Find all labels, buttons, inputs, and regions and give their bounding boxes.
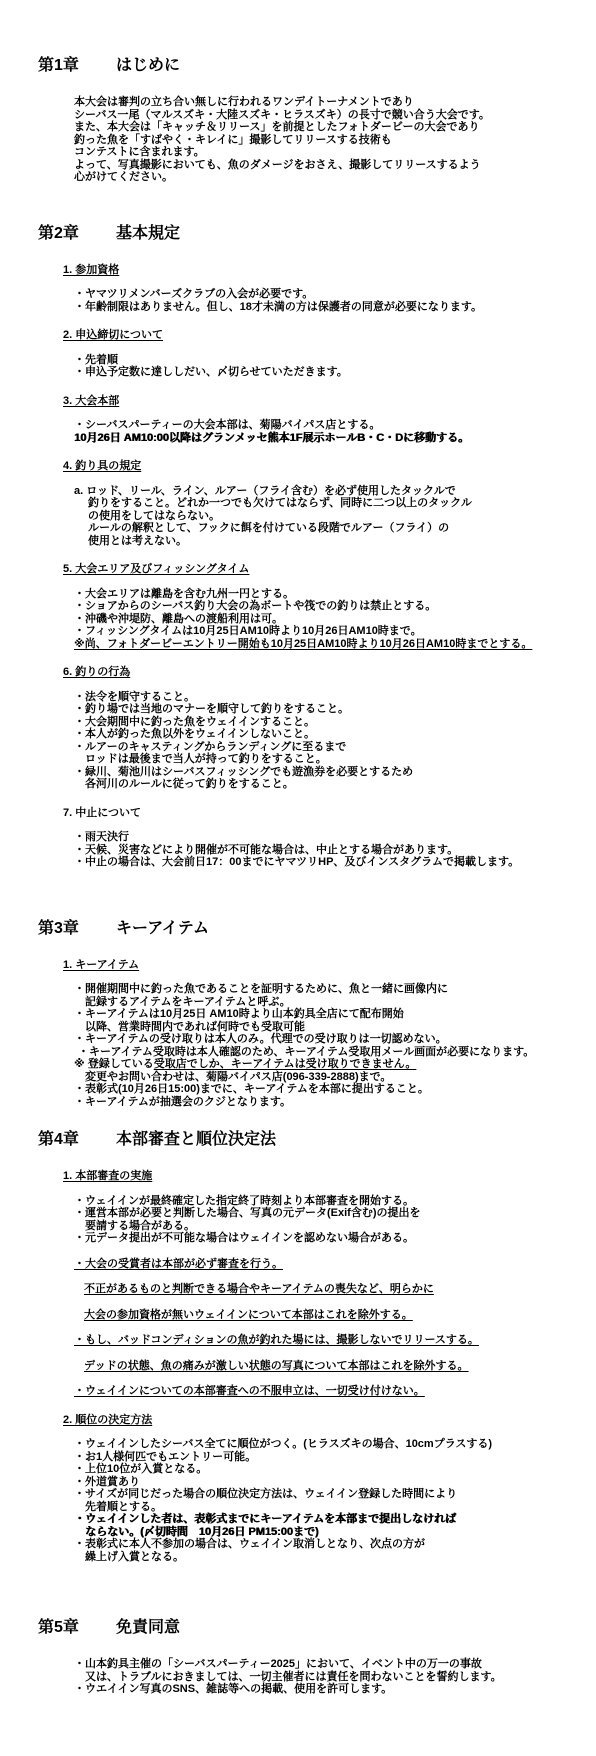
bullet-item: ・本人が釣った魚以外をウェイインしないこと。 xyxy=(74,728,580,741)
chapter-number: 第2章 xyxy=(38,224,116,243)
rule-line: a. ロッド、リール、ライン、ルアー（フライ含む）を必ず使用したタックルで xyxy=(74,485,580,498)
chapter-number: 第3章 xyxy=(38,919,116,938)
statement-line: ・ウェイインについての本部審査への不服申立は、一切受け付けない。 xyxy=(74,1385,580,1398)
intro-line: 心がけてください。 xyxy=(74,171,580,184)
section-heading: 2. 申込締切について xyxy=(63,329,580,342)
rule-line: ルールの解釈として、フックに餌を付けている段階でルアー（フライ）の xyxy=(74,522,580,535)
note-line: ※ 登録している受取店でしか、キーアイテムは受け取りできません。 xyxy=(74,1058,580,1071)
bullet-item: ・釣り場では当地のマナーを順守して釣りをすること。 xyxy=(74,703,580,716)
intro-line: また、本大会は「キャッチ＆リリース」を前提としたフォトダービーの大会であり xyxy=(74,121,580,134)
bullet-item: ・外道賞あり xyxy=(74,1476,580,1489)
note-underlined: 受取店でしか、キーアイテムは受け取りできません。 xyxy=(154,1058,417,1070)
bullet-item: ・申込予定数に達ししだい、〆切らせていただきます。 xyxy=(74,366,580,379)
emphasis-line: ・ウェイインした者は、表彰式までにキーアイテムを本部まで提出しなければ xyxy=(74,1513,580,1526)
bullet-item: ・大会期間中に釣った魚をウェイインすること。 xyxy=(74,716,580,729)
chapter-4: 第4章 本部審査と順位決定法 1. 本部審査の実施 ・ウェイインが最終確定した指… xyxy=(38,1130,580,1563)
rule-line: 釣りをすること。どれか一つでも欠けてはならず、同時に二つ以上のタックル xyxy=(74,497,580,510)
chapter-title: 免責同意 xyxy=(116,1618,180,1637)
bullet-item: ・お1人様何匹でもエントリー可能。 xyxy=(74,1451,580,1464)
intro-line: よって、写真撮影においても、魚のダメージをおさえ、撮影してリリースするよう xyxy=(74,159,580,172)
bullet-item: ・ウェイインが最終確定した指定終了時刻より本部審査を開始する。 xyxy=(74,1195,580,1208)
bullet-item: 以降、営業時間内であれば何時でも受取可能 xyxy=(74,1021,580,1034)
bullet-item: ・表彰式に本人不参加の場合は、ウェイイン取消しとなり、次点の方が xyxy=(74,1538,580,1551)
bullet-item: ・先着順 xyxy=(74,354,580,367)
chapter-2: 第2章 基本規定 1. 参加資格 ・ヤマツリメンバーズクラブの入会が必要です。 … xyxy=(38,224,580,869)
chapter-heading: 第3章 キーアイテム xyxy=(38,919,580,938)
chapter-title: キーアイテム xyxy=(116,919,209,938)
section-heading: 6. 釣りの行為 xyxy=(63,666,580,679)
section-heading: 1. 参加資格 xyxy=(63,264,580,277)
emphasis-line: ならない。(〆切時間 10月26日 PM15:00まで) xyxy=(74,1526,580,1539)
bullet-item: 先着順とする。 xyxy=(74,1501,580,1514)
chapter-heading: 第4章 本部審査と順位決定法 xyxy=(38,1130,580,1149)
bullet-item: ・キーアイテムは10月25日 AM10時より山本釣具全店にて配布開始 xyxy=(74,1008,580,1021)
section-heading: 1. 本部審査の実施 xyxy=(63,1170,580,1183)
chapter-heading: 第5章 免責同意 xyxy=(38,1618,580,1637)
bullet-item: ・ウエイイン写真のSNS、雑誌等への掲載、使用を許可します。 xyxy=(74,1683,580,1696)
intro-line: 釣った魚を「すばやく・キレイに」撮影してリリースする技術も xyxy=(74,134,580,147)
chapter-3: 第3章 キーアイテム 1. キーアイテム ・開催期間中に釣った魚であることを証明… xyxy=(38,919,580,1109)
bullet-item: 要請する場合がある。 xyxy=(74,1220,580,1233)
section-heading: 1. キーアイテム xyxy=(63,959,580,972)
chapter-title: 基本規定 xyxy=(116,224,180,243)
section-heading: 3. 大会本部 xyxy=(63,395,580,408)
bullet-item: ・上位10位が入賞となる。 xyxy=(74,1463,580,1476)
statement-line: 不正があるものと判断できる場合やキーアイテムの喪失など、明らかに xyxy=(84,1283,580,1296)
bullet-item: ・キーアイテム受取時は本人確認のため、キーアイテム受取用メール画面が必要になりま… xyxy=(78,1046,580,1059)
bullet-item: ロッドは最後まで当人が持って釣りをすること。 xyxy=(74,753,580,766)
chapter-title: 本部審査と順位決定法 xyxy=(116,1130,276,1149)
bullet-item: ・ウェイインしたシーバス全てに順位がつく。(ヒラスズキの場合、10cmプラスする… xyxy=(74,1438,580,1451)
chapter-title: はじめに xyxy=(116,56,180,75)
chapter-number: 第1章 xyxy=(38,56,116,75)
bullet-item: 変更やお問い合わせは、菊陽バイパス店(096-339-2888)まで。 xyxy=(74,1071,580,1084)
chapter-heading: 第2章 基本規定 xyxy=(38,224,580,243)
note-prefix: ※ 登録している xyxy=(74,1058,154,1070)
section-heading: 5. 大会エリア及びフィッシングタイム xyxy=(63,563,580,576)
section-heading: 7. 中止について xyxy=(63,807,580,820)
bullet-item: ・シーバスパーティーの大会本部は、菊陽バイパス店とする。 xyxy=(74,419,580,432)
bullet-item: ・運営本部が必要と判断した場合、写真の元データ(Exif含む)の提出を xyxy=(74,1207,580,1220)
rule-line: 使用とは考えない。 xyxy=(74,535,580,548)
bullet-item: ・年齢制限はありません。但し、18才未満の方は保護者の同意が必要になります。 xyxy=(74,301,580,314)
chapter-number: 第4章 xyxy=(38,1130,116,1149)
chapter-5: 第5章 免責同意 ・山本釣具主催の「シーバスパーティー2025」において、イベン… xyxy=(38,1618,580,1696)
bullet-item: ・中止の場合は、大会前日17：00までにヤマツリHP、及びインスタグラムで掲載し… xyxy=(74,856,580,869)
bullet-item: ・フィッシングタイムは10月25日AM10時より10月26日AM10時まで。 xyxy=(74,625,580,638)
bullet-item: 繰上げ入賞となる。 xyxy=(74,1551,580,1564)
bullet-item: ・大会エリアは離島を含む九州一円とする。 xyxy=(74,588,580,601)
bullet-item: ・表彰式(10月26日15:00)までに、キーアイテムを本部に提出すること。 xyxy=(74,1083,580,1096)
bullet-item: ・雨天決行 xyxy=(74,831,580,844)
bullet-item: ・サイズが同じだった場合の順位決定方法は、ウェイイン登録した時間により xyxy=(74,1488,580,1501)
bullet-item: 記録するアイテムをキーアイテムと呼ぶ。 xyxy=(74,996,580,1009)
bullet-item: ・キーアイテムの受け取りは本人のみ。代理での受け取りは一切認めない。 xyxy=(74,1033,580,1046)
section-heading: 2. 順位の決定方法 xyxy=(63,1414,580,1427)
bullet-item: ・緑川、菊池川はシーバスフィッシングでも遊漁券を必要とするため xyxy=(74,766,580,779)
chapter-heading: 第1章 はじめに xyxy=(38,56,580,75)
intro-line: コンテストに含まれます。 xyxy=(74,146,580,159)
statement-line: 大会の参加資格が無いウェイインについて本部はこれを除外する。 xyxy=(84,1309,580,1322)
section-heading: 4. 釣り具の規定 xyxy=(63,460,580,473)
bullet-item: ・法令を順守すること。 xyxy=(74,691,580,704)
emphasis-line: 10月26日 AM10:00以降はグランメッセ熊本1F展示ホールB・C・Dに移動… xyxy=(74,432,580,445)
rules-document: 第1章 はじめに 本大会は審判の立ち合い無しに行われるワンデイトーナメントであり… xyxy=(0,0,596,1756)
bullet-item: ・ヤマツリメンバーズクラブの入会が必要です。 xyxy=(74,288,580,301)
bullet-item: ・山本釣具主催の「シーバスパーティー2025」において、イベント中の万一の事故 xyxy=(74,1658,580,1671)
bullet-item: ・キーアイテムが抽選会のクジとなります。 xyxy=(74,1096,580,1109)
bullet-item: 又は、トラブルにおきましては、一切主催者には責任を問わないことを誓約します。 xyxy=(74,1671,580,1684)
bullet-item: ・開催期間中に釣った魚であることを証明するために、魚と一緒に画像内に xyxy=(74,983,580,996)
rule-line: の使用をしてはならない。 xyxy=(74,510,580,523)
chapter-number: 第5章 xyxy=(38,1618,116,1637)
statement-line: ・大会の受賞者は本部が必ず審査を行う。 xyxy=(74,1258,580,1271)
bullet-item: 各河川のルールに従って釣りをすること。 xyxy=(74,778,580,791)
statement-line: ・もし、バッドコンディションの魚が釣れた場には、撮影しないでリリースする。 xyxy=(74,1334,580,1347)
bullet-item: ・ショアからのシーバス釣り大会の為ボートや筏での釣りは禁止とする。 xyxy=(74,600,580,613)
statement-line: デッドの状態、魚の痛みが激しい状態の写真について本部はこれを除外する。 xyxy=(84,1360,580,1373)
chapter-1: 第1章 はじめに 本大会は審判の立ち合い無しに行われるワンデイトーナメントであり… xyxy=(38,56,580,184)
bullet-item: ・天候、災害などにより開催が不可能な場合は、中止とする場合があります。 xyxy=(74,844,580,857)
bullet-item: ・元データ提出が不可能な場合はウェイインを認めない場合がある。 xyxy=(74,1232,580,1245)
intro-line: シーバス一尾（マルスズキ・大陸スズキ・ヒラスズキ）の長寸で競い合う大会です。 xyxy=(74,109,580,122)
note-line: ※尚、フォトダービーエントリー開始も10月25日AM10時より10月26日AM1… xyxy=(74,638,580,651)
bullet-item: ・ルアーのキャスティングからランディングに至るまで xyxy=(74,741,580,754)
bullet-item: ・沖磯や沖堤防、離島への渡船利用は可。 xyxy=(74,613,580,626)
intro-line: 本大会は審判の立ち合い無しに行われるワンデイトーナメントであり xyxy=(74,96,580,109)
